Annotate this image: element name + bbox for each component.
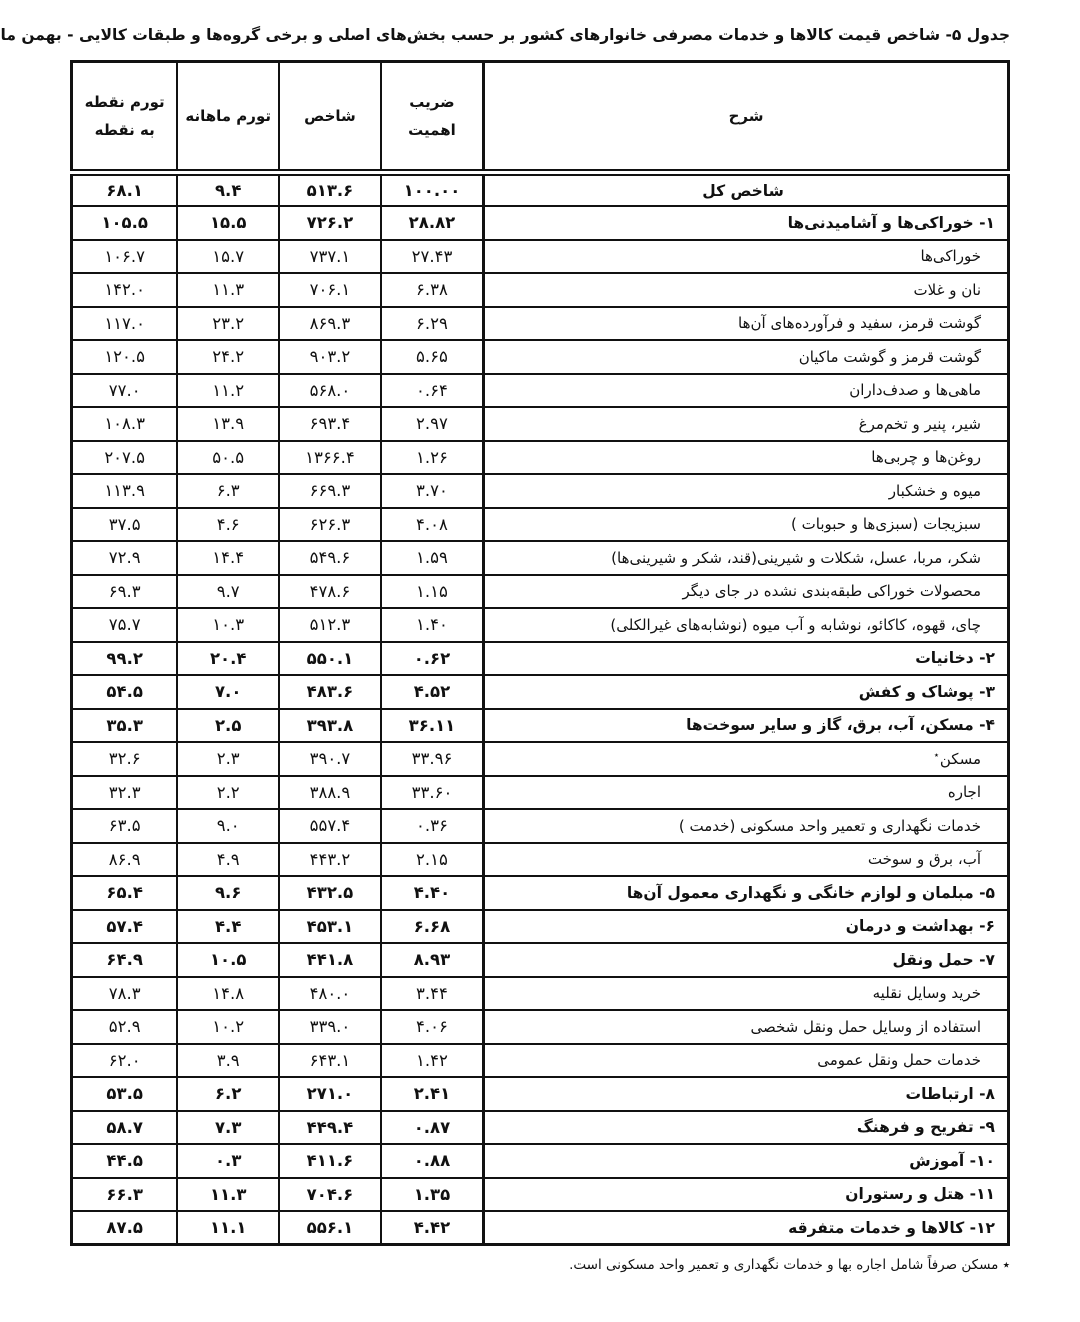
value-weight: ۱.۳۵: [381, 1178, 484, 1212]
row-description: ۴- مسکن، آب، برق، گاز و سایر سوخت‌ها: [484, 709, 1009, 743]
value-monthly: ۴.۶: [177, 508, 279, 542]
table-row: خدمات نگهداری و تعمیر واحد مسکونی (خدمت …: [72, 809, 1009, 843]
value-weight: ۴.۵۲: [381, 675, 484, 709]
row-description: ۶- بهداشت و درمان: [484, 910, 1009, 944]
table-title: جدول ۵- شاخص قیمت کالاها و خدمات مصرفی خ…: [70, 0, 1010, 60]
value-monthly: ۱۱.۲: [177, 374, 279, 408]
value-index: ۶۲۶.۳: [279, 508, 381, 542]
value-weight: ۰.۳۶: [381, 809, 484, 843]
value-monthly: ۵۰.۵: [177, 441, 279, 475]
footnote: ٭ مسکن صرفاً شامل اجاره بها و خدمات نگهد…: [70, 1246, 1010, 1273]
value-index: ۴۳۲.۵: [279, 876, 381, 910]
row-description: روغن‌ها و چربی‌ها: [484, 441, 1009, 475]
value-index: ۷۰۴.۶: [279, 1178, 381, 1212]
table-row: اجاره۳۳.۶۰۳۸۸.۹۲.۲۳۲.۳: [72, 776, 1009, 810]
value-index: ۱۳۶۶.۴: [279, 441, 381, 475]
col-header-monthly-inflation: تورم ماهانه: [177, 62, 279, 173]
value-monthly: ۶.۳: [177, 474, 279, 508]
value-index: ۲۷۱.۰: [279, 1077, 381, 1111]
value-weight: ۰.۸۷: [381, 1111, 484, 1145]
value-monthly: ۰.۳: [177, 1144, 279, 1178]
value-index: ۴۸۰.۰: [279, 977, 381, 1011]
row-description: نان و غلات: [484, 273, 1009, 307]
row-description: چای، قهوه، کاکائو، نوشابه و آب میوه (نوش…: [484, 608, 1009, 642]
table-row: میوه و خشکبار۳.۷۰۶۶۹.۳۶.۳۱۱۳.۹: [72, 474, 1009, 508]
col-header-point-to-point-inflation: تورم نقطه به نقطه: [72, 62, 178, 173]
value-point: ۶۶.۳: [72, 1178, 178, 1212]
value-monthly: ۱۱.۱: [177, 1211, 279, 1245]
value-weight: ۳۳.۶۰: [381, 776, 484, 810]
value-weight: ۳۳.۹۶: [381, 742, 484, 776]
value-weight: ۲۸.۸۲: [381, 206, 484, 240]
value-point: ۱۰۶.۷: [72, 240, 178, 274]
table-row: ۹- تفریح و فرهنگ۰.۸۷۴۴۹.۴۷.۳۵۸.۷: [72, 1111, 1009, 1145]
table-row: نان و غلات۶.۳۸۷۰۶.۱۱۱.۳۱۴۲.۰: [72, 273, 1009, 307]
table-row: شاخص کل۱۰۰.۰۰۵۱۳.۶۹.۴۶۸.۱: [72, 173, 1009, 207]
table-row: استفاده از وسایل حمل ونقل شخصی۴.۰۶۳۳۹.۰۱…: [72, 1010, 1009, 1044]
table-row: ۸- ارتباطات۲.۴۱۲۷۱.۰۶.۲۵۳.۵: [72, 1077, 1009, 1111]
value-monthly: ۱۰.۵: [177, 943, 279, 977]
value-index: ۴۵۳.۱: [279, 910, 381, 944]
value-monthly: ۲۴.۲: [177, 340, 279, 374]
row-description: ۱۰- آموزش: [484, 1144, 1009, 1178]
row-description: خدمات نگهداری و تعمیر واحد مسکونی (خدمت …: [484, 809, 1009, 843]
table-row: شکر، مربا، عسل، شکلات و شیرینی(قند، شکر …: [72, 541, 1009, 575]
value-weight: ۰.۶۴: [381, 374, 484, 408]
value-point: ۶۸.۱: [72, 173, 178, 207]
value-weight: ۶.۶۸: [381, 910, 484, 944]
row-description: ۱- خوراکی‌ها و آشامیدنی‌ها: [484, 206, 1009, 240]
value-point: ۱۰۸.۳: [72, 407, 178, 441]
value-point: ۳۵.۳: [72, 709, 178, 743]
table-row: سبزیجات (سبزی‌ها و حبوبات )۴.۰۸۶۲۶.۳۴.۶۳…: [72, 508, 1009, 542]
row-description: ۱۲- کالاها و خدمات متفرقه: [484, 1211, 1009, 1245]
value-monthly: ۱۱.۳: [177, 1178, 279, 1212]
table-header: شرح ضریب اهمیت شاخص تورم ماهانه تورم نقط…: [72, 62, 1009, 173]
value-weight: ۱.۲۶: [381, 441, 484, 475]
value-point: ۵۲.۹: [72, 1010, 178, 1044]
table-row: خوراکی‌ها۲۷.۴۳۷۳۷.۱۱۵.۷۱۰۶.۷: [72, 240, 1009, 274]
value-monthly: ۳.۹: [177, 1044, 279, 1078]
table-row: ۱۲- کالاها و خدمات متفرقه۴.۴۲۵۵۶.۱۱۱.۱۸۷…: [72, 1211, 1009, 1245]
row-description: سبزیجات (سبزی‌ها و حبوبات ): [484, 508, 1009, 542]
value-point: ۷۵.۷: [72, 608, 178, 642]
table-row: ۴- مسکن، آب، برق، گاز و سایر سوخت‌ها۳۶.۱…: [72, 709, 1009, 743]
value-point: ۱۱۷.۰: [72, 307, 178, 341]
table-row: ۱۱- هتل و رستوران۱.۳۵۷۰۴.۶۱۱.۳۶۶.۳: [72, 1178, 1009, 1212]
table-row: خدمات حمل ونقل عمومی۱.۴۲۶۴۳.۱۳.۹۶۲.۰: [72, 1044, 1009, 1078]
row-description: ۸- ارتباطات: [484, 1077, 1009, 1111]
value-monthly: ۴.۹: [177, 843, 279, 877]
table-row: ۲- دخانیات۰.۶۲۵۵۰.۱۲۰.۴۹۹.۲: [72, 642, 1009, 676]
value-monthly: ۲.۲: [177, 776, 279, 810]
col-header-weight: ضریب اهمیت: [381, 62, 484, 173]
row-description: مسکن٭: [484, 742, 1009, 776]
value-monthly: ۱۰.۳: [177, 608, 279, 642]
value-weight: ۶.۳۸: [381, 273, 484, 307]
row-description: میوه و خشکبار: [484, 474, 1009, 508]
value-point: ۵۸.۷: [72, 1111, 178, 1145]
value-index: ۴۱۱.۶: [279, 1144, 381, 1178]
table-row: روغن‌ها و چربی‌ها۱.۲۶۱۳۶۶.۴۵۰.۵۲۰۷.۵: [72, 441, 1009, 475]
row-description: ۷- حمل ونقل: [484, 943, 1009, 977]
value-monthly: ۷.۳: [177, 1111, 279, 1145]
value-weight: ۰.۶۲: [381, 642, 484, 676]
value-weight: ۲۷.۴۳: [381, 240, 484, 274]
value-index: ۴۴۹.۴: [279, 1111, 381, 1145]
value-index: ۷۳۷.۱: [279, 240, 381, 274]
table-row: ۵- مبلمان و لوازم خانگی و نگهداری معمول …: [72, 876, 1009, 910]
row-description: شاخص کل: [484, 173, 1009, 207]
value-index: ۷۰۶.۱: [279, 273, 381, 307]
table-row: آب، برق و سوخت۲.۱۵۴۴۳.۲۴.۹۸۶.۹: [72, 843, 1009, 877]
value-monthly: ۱۵.۵: [177, 206, 279, 240]
table-row: شیر، پنیر و تخم‌مرغ۲.۹۷۶۹۳.۴۱۳.۹۱۰۸.۳: [72, 407, 1009, 441]
value-monthly: ۱۵.۷: [177, 240, 279, 274]
table-row: ۳- پوشاک و کفش۴.۵۲۴۸۳.۶۷.۰۵۴.۵: [72, 675, 1009, 709]
value-monthly: ۲۳.۲: [177, 307, 279, 341]
table-row: چای، قهوه، کاکائو، نوشابه و آب میوه (نوش…: [72, 608, 1009, 642]
table-body: شاخص کل۱۰۰.۰۰۵۱۳.۶۹.۴۶۸.۱۱- خوراکی‌ها و …: [72, 173, 1009, 1245]
cpi-table: شرح ضریب اهمیت شاخص تورم ماهانه تورم نقط…: [70, 60, 1010, 1246]
row-description: ۲- دخانیات: [484, 642, 1009, 676]
row-description: خرید وسایل نقلیه: [484, 977, 1009, 1011]
table-row: محصولات خوراکی طبقه‌بندی نشده در جای دیگ…: [72, 575, 1009, 609]
value-index: ۴۷۸.۶: [279, 575, 381, 609]
value-weight: ۳۶.۱۱: [381, 709, 484, 743]
value-index: ۴۴۱.۸: [279, 943, 381, 977]
value-index: ۴۸۳.۶: [279, 675, 381, 709]
value-monthly: ۶.۲: [177, 1077, 279, 1111]
value-weight: ۲.۴۱: [381, 1077, 484, 1111]
value-weight: ۴.۰۶: [381, 1010, 484, 1044]
row-description: استفاده از وسایل حمل ونقل شخصی: [484, 1010, 1009, 1044]
row-description: آب، برق و سوخت: [484, 843, 1009, 877]
value-index: ۵۱۳.۶: [279, 173, 381, 207]
table-row: ۱- خوراکی‌ها و آشامیدنی‌ها۲۸.۸۲۷۲۶.۲۱۵.۵…: [72, 206, 1009, 240]
value-index: ۳۸۸.۹: [279, 776, 381, 810]
col-header-index: شاخص: [279, 62, 381, 173]
value-monthly: ۱۴.۴: [177, 541, 279, 575]
table-row: ۶- بهداشت و درمان۶.۶۸۴۵۳.۱۴.۴۵۷.۴: [72, 910, 1009, 944]
value-weight: ۳.۷۰: [381, 474, 484, 508]
value-point: ۳۷.۵: [72, 508, 178, 542]
value-point: ۷۸.۳: [72, 977, 178, 1011]
row-description: خوراکی‌ها: [484, 240, 1009, 274]
value-weight: ۴.۴۰: [381, 876, 484, 910]
row-description: ۹- تفریح و فرهنگ: [484, 1111, 1009, 1145]
value-point: ۵۳.۵: [72, 1077, 178, 1111]
row-description: ماهی‌ها و صدف‌داران: [484, 374, 1009, 408]
value-weight: ۱.۱۵: [381, 575, 484, 609]
value-monthly: ۲.۵: [177, 709, 279, 743]
value-monthly: ۹.۴: [177, 173, 279, 207]
value-weight: ۰.۸۸: [381, 1144, 484, 1178]
value-weight: ۶.۲۹: [381, 307, 484, 341]
value-point: ۲۰۷.۵: [72, 441, 178, 475]
value-monthly: ۱۰.۲: [177, 1010, 279, 1044]
value-index: ۳۹۳.۸: [279, 709, 381, 743]
value-index: ۸۶۹.۳: [279, 307, 381, 341]
value-monthly: ۱۳.۹: [177, 407, 279, 441]
value-point: ۳۲.۳: [72, 776, 178, 810]
value-weight: ۸.۹۳: [381, 943, 484, 977]
row-description: شکر، مربا، عسل، شکلات و شیرینی(قند، شکر …: [484, 541, 1009, 575]
value-point: ۵۷.۴: [72, 910, 178, 944]
row-description: شیر، پنیر و تخم‌مرغ: [484, 407, 1009, 441]
value-weight: ۱۰۰.۰۰: [381, 173, 484, 207]
table-row: خرید وسایل نقلیه۳.۴۴۴۸۰.۰۱۴.۸۷۸.۳: [72, 977, 1009, 1011]
table-row: ۷- حمل ونقل۸.۹۳۴۴۱.۸۱۰.۵۶۴.۹: [72, 943, 1009, 977]
value-index: ۵۵۶.۱: [279, 1211, 381, 1245]
value-index: ۶۴۳.۱: [279, 1044, 381, 1078]
value-monthly: ۹.۰: [177, 809, 279, 843]
value-point: ۷۷.۰: [72, 374, 178, 408]
header-row: شرح ضریب اهمیت شاخص تورم ماهانه تورم نقط…: [72, 62, 1009, 173]
row-description: محصولات خوراکی طبقه‌بندی نشده در جای دیگ…: [484, 575, 1009, 609]
value-index: ۴۴۳.۲: [279, 843, 381, 877]
value-point: ۹۹.۲: [72, 642, 178, 676]
value-point: ۷۲.۹: [72, 541, 178, 575]
value-point: ۶۴.۹: [72, 943, 178, 977]
value-index: ۳۳۹.۰: [279, 1010, 381, 1044]
value-point: ۶۲.۰: [72, 1044, 178, 1078]
value-point: ۱۰۵.۵: [72, 206, 178, 240]
row-description: اجاره: [484, 776, 1009, 810]
value-point: ۶۹.۳: [72, 575, 178, 609]
value-monthly: ۲۰.۴: [177, 642, 279, 676]
value-weight: ۴.۰۸: [381, 508, 484, 542]
value-monthly: ۷.۰: [177, 675, 279, 709]
value-point: ۳۲.۶: [72, 742, 178, 776]
value-weight: ۱.۴۲: [381, 1044, 484, 1078]
table-row: گوشت قرمز و گوشت ماکیان۵.۶۵۹۰۳.۲۲۴.۲۱۲۰.…: [72, 340, 1009, 374]
value-monthly: ۲.۳: [177, 742, 279, 776]
value-weight: ۱.۵۹: [381, 541, 484, 575]
row-description: خدمات حمل ونقل عمومی: [484, 1044, 1009, 1078]
row-description: ۳- پوشاک و کفش: [484, 675, 1009, 709]
value-point: ۸۶.۹: [72, 843, 178, 877]
row-description: ۱۱- هتل و رستوران: [484, 1178, 1009, 1212]
row-description: ۵- مبلمان و لوازم خانگی و نگهداری معمول …: [484, 876, 1009, 910]
value-index: ۵۱۲.۳: [279, 608, 381, 642]
value-weight: ۱.۴۰: [381, 608, 484, 642]
table-row: گوشت قرمز، سفید و فرآورده‌های آن‌ها۶.۲۹۸…: [72, 307, 1009, 341]
value-weight: ۴.۴۲: [381, 1211, 484, 1245]
value-index: ۷۲۶.۲: [279, 206, 381, 240]
table-row: ماهی‌ها و صدف‌داران۰.۶۴۵۶۸.۰۱۱.۲۷۷.۰: [72, 374, 1009, 408]
value-index: ۵۴۹.۶: [279, 541, 381, 575]
value-point: ۱۱۳.۹: [72, 474, 178, 508]
value-index: ۳۹۰.۷: [279, 742, 381, 776]
value-point: ۴۴.۵: [72, 1144, 178, 1178]
value-weight: ۵.۶۵: [381, 340, 484, 374]
col-header-description: شرح: [484, 62, 1009, 173]
value-monthly: ۱۴.۸: [177, 977, 279, 1011]
value-weight: ۳.۴۴: [381, 977, 484, 1011]
table-row: ۱۰- آموزش۰.۸۸۴۱۱.۶۰.۳۴۴.۵: [72, 1144, 1009, 1178]
value-point: ۱۲۰.۵: [72, 340, 178, 374]
value-weight: ۲.۱۵: [381, 843, 484, 877]
value-index: ۶۶۹.۳: [279, 474, 381, 508]
value-index: ۵۶۸.۰: [279, 374, 381, 408]
value-point: ۶۳.۵: [72, 809, 178, 843]
footnote-marker: ٭: [934, 751, 939, 761]
value-index: ۵۵۰.۱: [279, 642, 381, 676]
value-monthly: ۹.۷: [177, 575, 279, 609]
value-index: ۵۵۷.۴: [279, 809, 381, 843]
value-weight: ۲.۹۷: [381, 407, 484, 441]
value-monthly: ۱۱.۳: [177, 273, 279, 307]
value-index: ۹۰۳.۲: [279, 340, 381, 374]
table-row: مسکن٭۳۳.۹۶۳۹۰.۷۲.۳۳۲.۶: [72, 742, 1009, 776]
value-point: ۵۴.۵: [72, 675, 178, 709]
value-monthly: ۴.۴: [177, 910, 279, 944]
value-monthly: ۹.۶: [177, 876, 279, 910]
document-page: جدول ۵- شاخص قیمت کالاها و خدمات مصرفی خ…: [70, 0, 1010, 1273]
row-description: گوشت قرمز، سفید و فرآورده‌های آن‌ها: [484, 307, 1009, 341]
value-point: ۸۷.۵: [72, 1211, 178, 1245]
row-description: گوشت قرمز و گوشت ماکیان: [484, 340, 1009, 374]
value-point: ۱۴۲.۰: [72, 273, 178, 307]
value-point: ۶۵.۴: [72, 876, 178, 910]
value-index: ۶۹۳.۴: [279, 407, 381, 441]
